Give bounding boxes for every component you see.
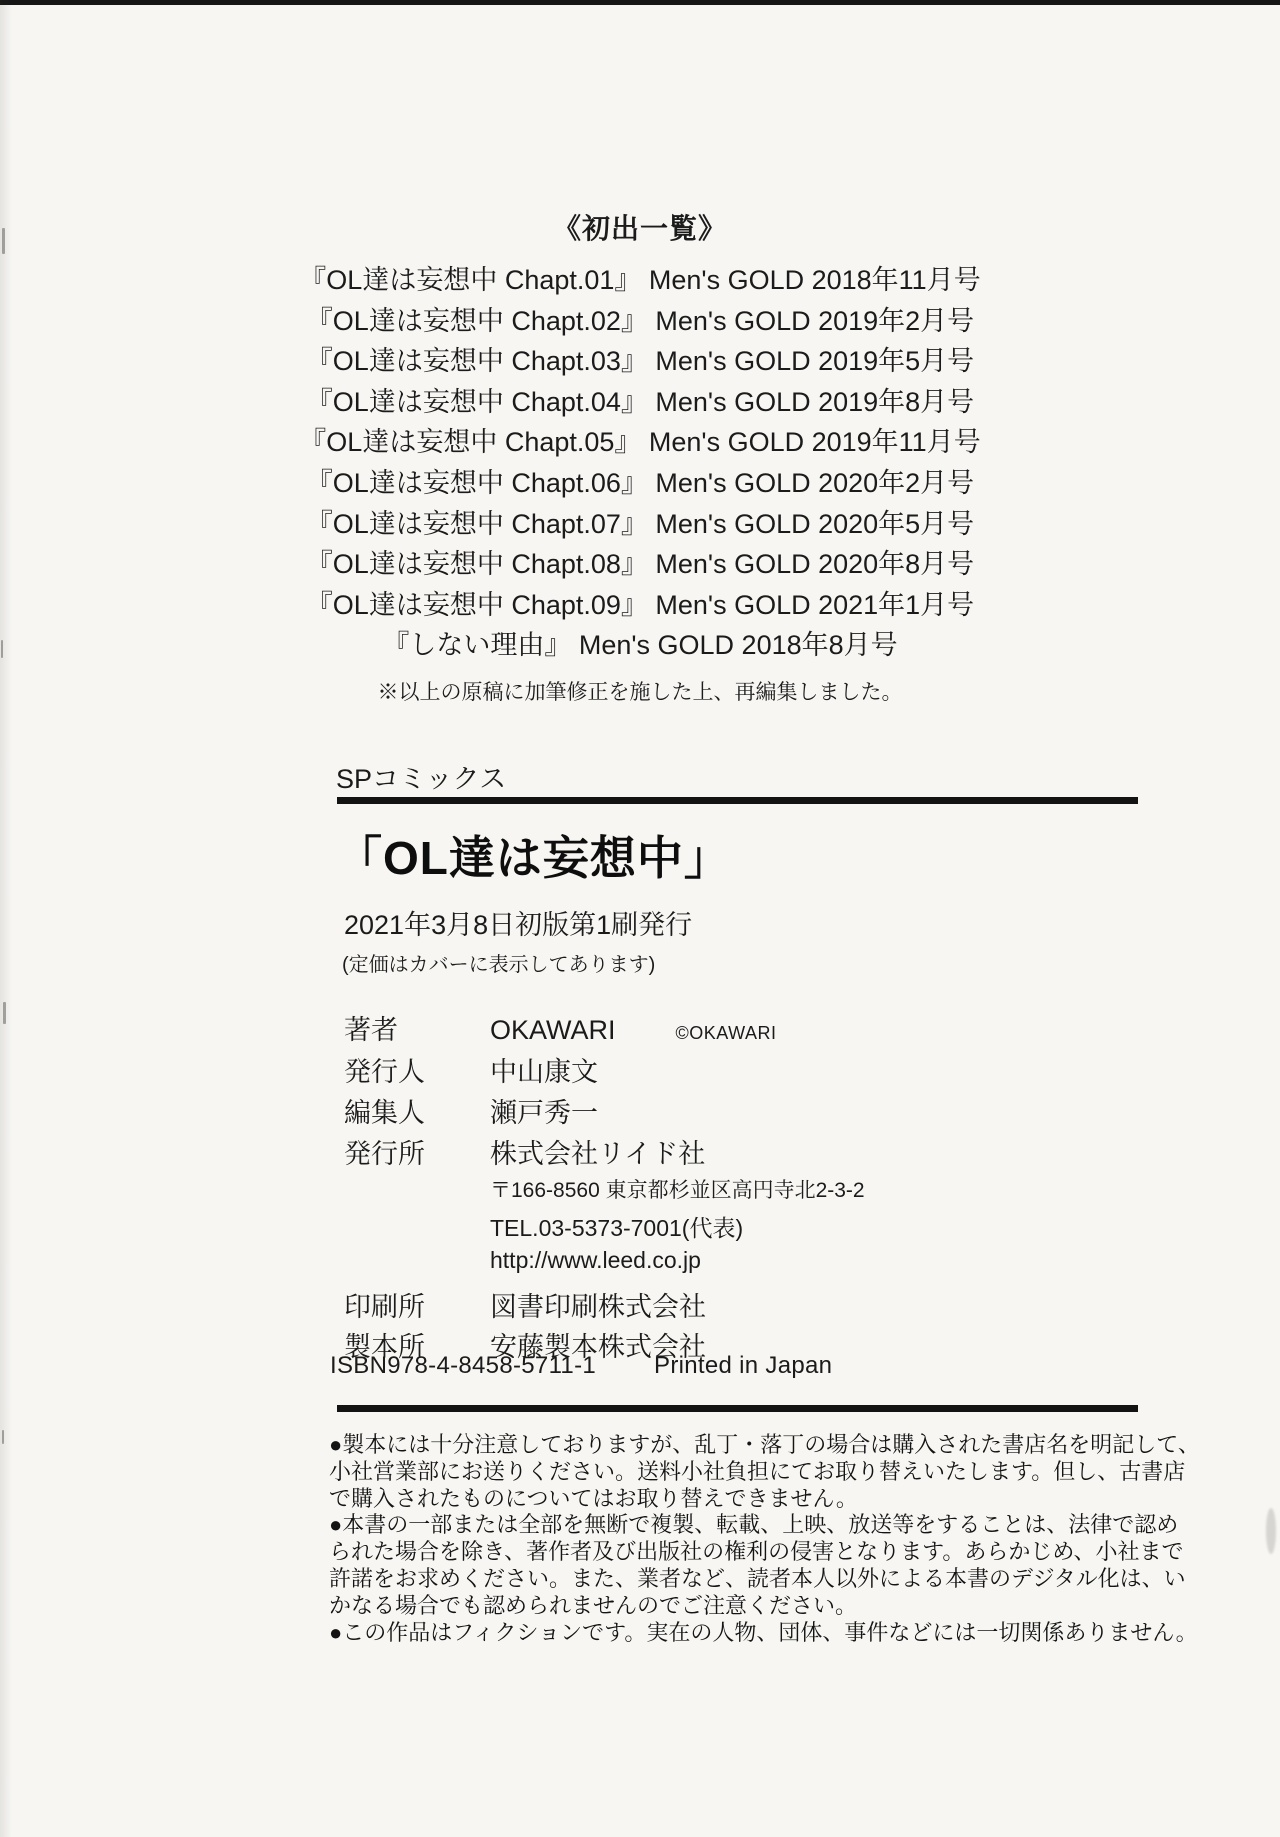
publisher-url: http://www.leed.co.jp: [490, 1247, 701, 1274]
notice-line: られた場合を除き、著作者及び出版社の権利の侵害となります。あらかじめ、小社まで: [329, 1539, 1129, 1566]
colophon-page: 《初出一覧》 『OL達は妄想中 Chapt.01』 Men's GOLD 201…: [0, 0, 1280, 1837]
notice-line: で購入されたものについてはお取り替えできません。: [329, 1486, 1129, 1513]
notice-line: ●本書の一部または全部を無断で複製、転載、上映、放送等をすることは、法律で認め: [329, 1512, 1129, 1539]
series-label: SPコミックス: [336, 757, 506, 796]
notice-line: かなる場合でも認められませんのでご注意ください。: [329, 1593, 1129, 1620]
credit-label: 著者: [344, 1008, 490, 1047]
publisher-phone: TEL.03-5373-7001(代表): [490, 1210, 743, 1243]
list-item: 『OL達は妄想中 Chapt.05』 Men's GOLD 2019年11月号: [25, 422, 1255, 463]
credit-value: 中山康文: [490, 1057, 598, 1087]
list-item: 『OL達は妄想中 Chapt.03』 Men's GOLD 2019年5月号: [25, 341, 1255, 382]
credit-value: 株式会社リイド社: [490, 1139, 705, 1169]
credit-label: 発行人: [344, 1050, 490, 1089]
table-row-editor: 編集人瀬戸秀一: [344, 1091, 598, 1130]
isbn-line: ISBN978-4-8458-5711-1Printed in Japan: [330, 1352, 832, 1380]
list-item: 『OL達は妄想中 Chapt.01』 Men's GOLD 2018年11月号: [25, 260, 1255, 301]
scan-speck: [3, 1002, 6, 1024]
book-title: 「OL達は妄想中」: [336, 822, 731, 888]
credit-value: 図書印刷株式会社: [490, 1292, 706, 1322]
copyright-text: ©OKAWARI: [676, 1023, 777, 1043]
scan-speck: [1, 640, 3, 658]
scan-smudge: [1266, 1508, 1276, 1554]
list-item: 『OL達は妄想中 Chapt.02』 Men's GOLD 2019年2月号: [25, 301, 1255, 342]
first-publication-header: 《初出一覧》: [25, 207, 1255, 247]
price-note: (定価はカバーに表示してあります): [342, 948, 655, 977]
notice-line: 許諾をお求めください。また、業者など、読者本人以外による本書のデジタル化は、い: [329, 1566, 1129, 1593]
first-publication-list: 『OL達は妄想中 Chapt.01』 Men's GOLD 2018年11月号 …: [25, 260, 1255, 666]
table-row-publishing-house: 発行所株式会社リイド社: [344, 1132, 705, 1171]
credit-value: OKAWARI: [490, 1015, 616, 1045]
list-item: 『OL達は妄想中 Chapt.09』 Men's GOLD 2021年1月号: [25, 585, 1255, 626]
credit-value: 瀬戸秀一: [490, 1098, 598, 1128]
divider-rule-bottom: [337, 1405, 1138, 1412]
list-item: 『OL達は妄想中 Chapt.08』 Men's GOLD 2020年8月号: [25, 544, 1255, 585]
scan-speck: [2, 228, 5, 254]
credit-label: 編集人: [344, 1091, 490, 1130]
list-item: 『しない理由』 Men's GOLD 2018年8月号: [25, 625, 1255, 666]
list-item: 『OL達は妄想中 Chapt.06』 Men's GOLD 2020年2月号: [25, 463, 1255, 504]
notice-line: ●この作品はフィクションです。実在の人物、団体、事件などには一切関係ありません。: [329, 1620, 1129, 1647]
printed-in-japan: Printed in Japan: [654, 1352, 832, 1379]
credit-label: 印刷所: [344, 1285, 490, 1324]
scan-left-edge: [0, 0, 12, 1837]
isbn-number: ISBN978-4-8458-5711-1: [330, 1352, 596, 1379]
table-row-publisher-person: 発行人中山康文: [344, 1050, 598, 1089]
list-item: 『OL達は妄想中 Chapt.07』 Men's GOLD 2020年5月号: [25, 504, 1255, 545]
print-date: 2021年3月8日初版第1刷発行: [344, 903, 692, 942]
scan-speck: [2, 1430, 4, 1444]
table-row-author: 著者OKAWARI©OKAWARI: [344, 1008, 776, 1047]
scan-top-edge: [0, 0, 1280, 5]
reedit-note: ※以上の原稿に加筆修正を施した上、再編集しました。: [25, 676, 1255, 706]
divider-rule-top: [337, 797, 1138, 804]
notice-line: 小社営業部にお送りください。送料小社負担にてお取り替えいたします。但し、古書店: [329, 1459, 1129, 1486]
list-item: 『OL達は妄想中 Chapt.04』 Men's GOLD 2019年8月号: [25, 382, 1255, 423]
publisher-address: 〒166-8560 東京都杉並区高円寺北2-3-2: [490, 1174, 865, 1204]
notice-line: ●製本には十分注意しておりますが、乱丁・落丁の場合は購入された書店名を明記して、: [329, 1432, 1129, 1459]
credit-label: 発行所: [344, 1132, 490, 1171]
table-row-printer: 印刷所図書印刷株式会社: [344, 1285, 706, 1324]
legal-notices: ●製本には十分注意しておりますが、乱丁・落丁の場合は購入された書店名を明記して、…: [329, 1432, 1129, 1646]
